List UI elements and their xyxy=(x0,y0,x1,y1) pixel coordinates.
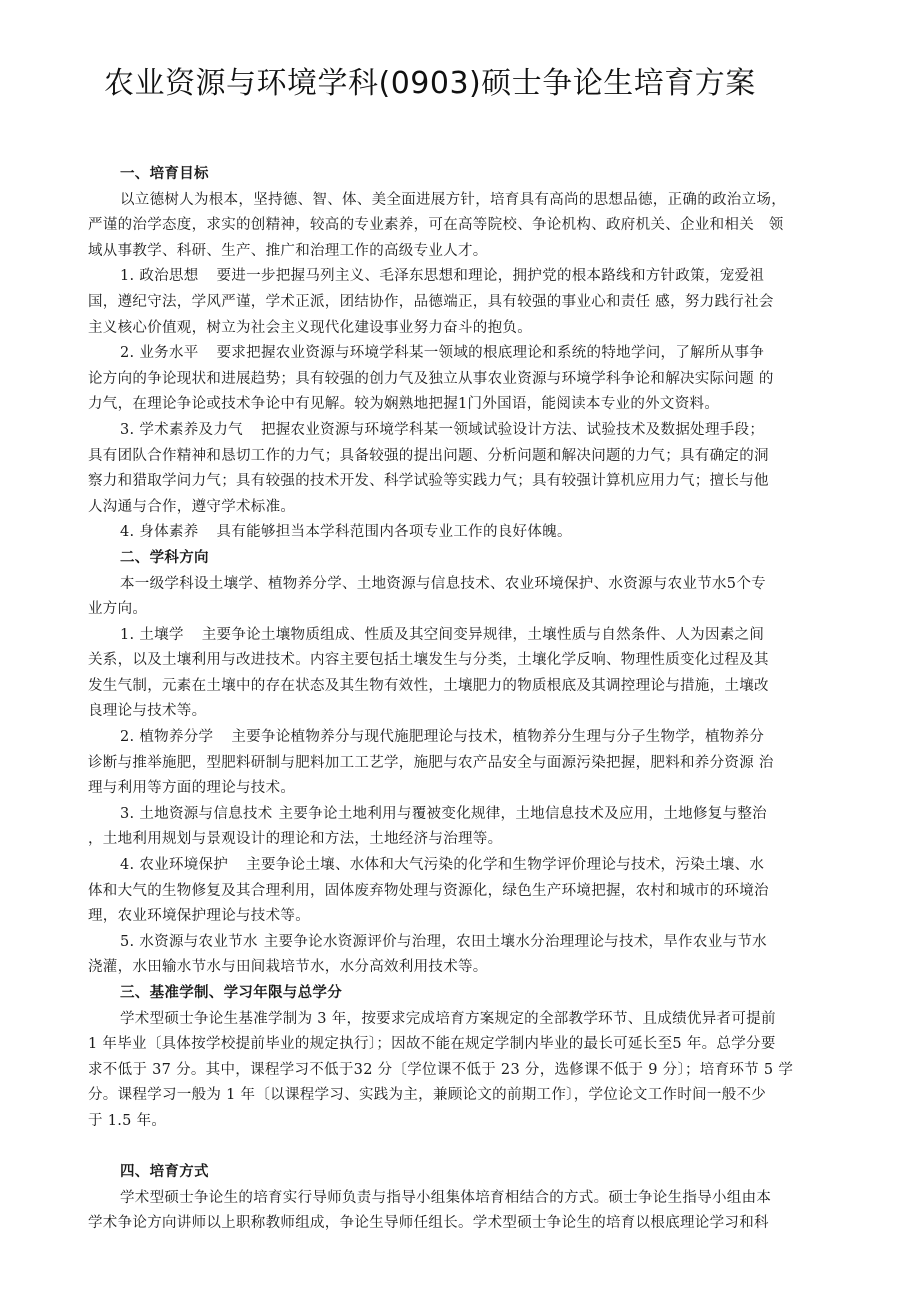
item-label: 3. 土地资源与信息技术 xyxy=(120,802,273,828)
document-body: 一、培育目标 以立德树人为根本，坚持德、智、体、美全面进展方针，培育具有高尚的思… xyxy=(88,162,828,1237)
paragraph-line: 理与利用等方面的理论与技术。 xyxy=(88,776,828,802)
item-text: 具有能够担当本学科范围内各项专业工作的良好体魄。 xyxy=(217,524,572,540)
item-label: 2. 业务水平 xyxy=(120,341,199,367)
list-item: 4. 农业环境保护主要争论土壤、水体和大气污染的化学和生物学评价理论与技术，污染… xyxy=(88,853,828,879)
paragraph-line: 力气，在理论争论或技术争论中有见解。较为娴熟地把握1门外国语，能阅读本专业的外文… xyxy=(88,392,828,418)
document-title: 农业资源与环境学科(0903)硕士争论生培育方案 xyxy=(104,58,824,102)
item-label: 1. 政治思想 xyxy=(120,264,199,290)
item-text: 主要争论植物养分与现代施肥理论与技术，植物养分生理与分子生物学，植物养分 xyxy=(231,729,764,745)
paragraph-line: 分。课程学习一般为 1 年〔以课程学习、实践为主，兼顾论文的前期工作〕，学位论文… xyxy=(88,1083,828,1109)
paragraph-line: 学术争论方向讲师以上职称教师组成，争论生导师任组长。学术型硕士争论生的培育以根底… xyxy=(88,1211,828,1237)
section-heading-duration-credits: 三、基准学制、学习年限与总学分 xyxy=(88,981,828,1007)
paragraph-line: 体和大气的生物修复及其合理利用，固体废弃物处理与资源化，绿色生产环境把握，农村和… xyxy=(88,879,828,905)
list-item: 2. 植物养分学主要争论植物养分与现代施肥理论与技术，植物养分生理与分子生物学，… xyxy=(88,725,828,751)
paragraph-line: 国，遵纪守法，学风严谨，学术正派，团结协作，品德端正，具有较强的事业心和责任 感… xyxy=(88,290,828,316)
paragraph-line: 具有团队合作精神和恳切工作的力气；具备较强的提出问题、分析问题和解决问题的力气；… xyxy=(88,444,828,470)
paragraph-line: 域从事教学、科研、生产、推广和治理工作的高级专业人才。 xyxy=(88,239,828,265)
paragraph-line: 业方向。 xyxy=(88,597,828,623)
item-text: 主要争论水资源评价与治理，农田土壤水分治理理论与技术，旱作农业与节水 xyxy=(264,934,767,950)
list-item: 4. 身体素养具有能够担当本学科范围内各项专业工作的良好体魄。 xyxy=(88,520,828,546)
paragraph-line: 学术型硕士争论生的培育实行导师负责与指导小组集体培育相结合的方式。硕士争论生指导… xyxy=(88,1186,828,1212)
item-label: 5. 水资源与农业节水 xyxy=(120,930,258,956)
item-label: 4. 身体素养 xyxy=(120,520,199,546)
paragraph-line: 严谨的治学态度，求实的创精神，较高的专业素养，可在高等院校、争论机构、政府机关、… xyxy=(88,213,828,239)
paragraph-line: 本一级学科设土壤学、植物养分学、土地资源与信息技术、农业环境保护、水资源与农业节… xyxy=(88,572,828,598)
item-text: 主要争论土壤、水体和大气污染的化学和生物学评价理论与技术，污染土壤、水 xyxy=(246,857,764,873)
paragraph-line: 发生气制，元素在土壤中的存在状态及其生物有效性，土壤肥力的物质根底及其调控理论与… xyxy=(88,674,828,700)
item-label: 1. 土壤学 xyxy=(120,623,184,649)
paragraph-line: 理，农业环境保护理论与技术等。 xyxy=(88,904,828,930)
paragraph-line: 人沟通与合作，遵守学术标准。 xyxy=(88,495,828,521)
item-text: 要进一步把握马列主义、毛泽东思想和理论，拥护党的根本路线和方针政策，宠爱祖 xyxy=(217,268,765,284)
paragraph-line: 主义核心价值观，树立为社会主义现代化建设事业努力奋斗的抱负。 xyxy=(88,316,828,342)
item-text: 主要争论土地利用与覆被变化规律，土地信息技术及应用，土地修复与整治 xyxy=(279,806,767,822)
paragraph-line: 良理论与技术等。 xyxy=(88,699,828,725)
item-text: 主要争论土壤物质组成、性质及其空间变异规律，土壤性质与自然条件、人为因素之间 xyxy=(202,627,764,643)
list-item: 3. 学术素养及力气把握农业资源与环境学科某一领域试验设计方法、试验技术及数据处… xyxy=(88,418,828,444)
paragraph-line: 学术型硕士争论生基准学制为 3 年，按要求完成培育方案规定的全部教学环节、且成绩… xyxy=(88,1007,828,1033)
paragraph-line: 以立德树人为根本，坚持德、智、体、美全面进展方针，培育具有高尚的思想品德，正确的… xyxy=(88,188,828,214)
paragraph-line: 论方向的争论现状和进展趋势；具有较强的创力气及独立从事农业资源与环境学科争论和解… xyxy=(88,367,828,393)
paragraph-line: 关系，以及土壤利用与改进技术。内容主要包括土壤发生与分类，土壤化学反响、物理性质… xyxy=(88,648,828,674)
paragraph-line: 诊断与推举施肥，型肥料研制与肥料加工工艺学，施肥与农产品安全与面源污染把握，肥料… xyxy=(88,751,828,777)
list-item: 5. 水资源与农业节水主要争论水资源评价与治理，农田土壤水分治理理论与技术，旱作… xyxy=(88,930,828,956)
paragraph-line: 察力和猎取学问力气；具有较强的技术开发、科学试验等实践力气；具有较强计算机应用力… xyxy=(88,469,828,495)
section-heading-training-mode: 四、培育方式 xyxy=(88,1160,828,1186)
list-item: 1. 土壤学主要争论土壤物质组成、性质及其空间变异规律，土壤性质与自然条件、人为… xyxy=(88,623,828,649)
paragraph-line: 1 年毕业〔具体按学校提前毕业的规定执行〕；因故不能在规定学制内毕业的最长可延长… xyxy=(88,1032,828,1058)
paragraph-line: 于 1.5 年。 xyxy=(88,1109,828,1135)
item-label: 2. 植物养分学 xyxy=(120,725,213,751)
item-label: 4. 农业环境保护 xyxy=(120,853,228,879)
item-text: 要求把握农业资源与环境学科某一领域的根底理论和系统的特地学问，了解所从事争 xyxy=(217,345,765,361)
item-text: 把握农业资源与环境学科某一领域试验设计方法、试验技术及数据处理手段； xyxy=(261,422,764,438)
list-item: 3. 土地资源与信息技术主要争论土地利用与覆被变化规律，土地信息技术及应用，土地… xyxy=(88,802,828,828)
paragraph-line: 浇灌，水田输水节水与田间栽培节水，水分高效利用技术等。 xyxy=(88,955,828,981)
section-heading-goals: 一、培育目标 xyxy=(88,162,828,188)
item-label: 3. 学术素养及力气 xyxy=(120,418,243,444)
paragraph-line: ，土地利用规划与景观设计的理论和方法，土地经济与治理等。 xyxy=(88,827,828,853)
list-item: 2. 业务水平要求把握农业资源与环境学科某一领域的根底理论和系统的特地学问，了解… xyxy=(88,341,828,367)
list-item: 1. 政治思想要进一步把握马列主义、毛泽东思想和理论，拥护党的根本路线和方针政策… xyxy=(88,264,828,290)
spacer xyxy=(88,1135,828,1161)
paragraph-line: 求不低于 37 分。其中，课程学习不低于32 分〔学位课不低于 23 分，选修课… xyxy=(88,1058,828,1084)
section-heading-directions: 二、学科方向 xyxy=(88,546,828,572)
